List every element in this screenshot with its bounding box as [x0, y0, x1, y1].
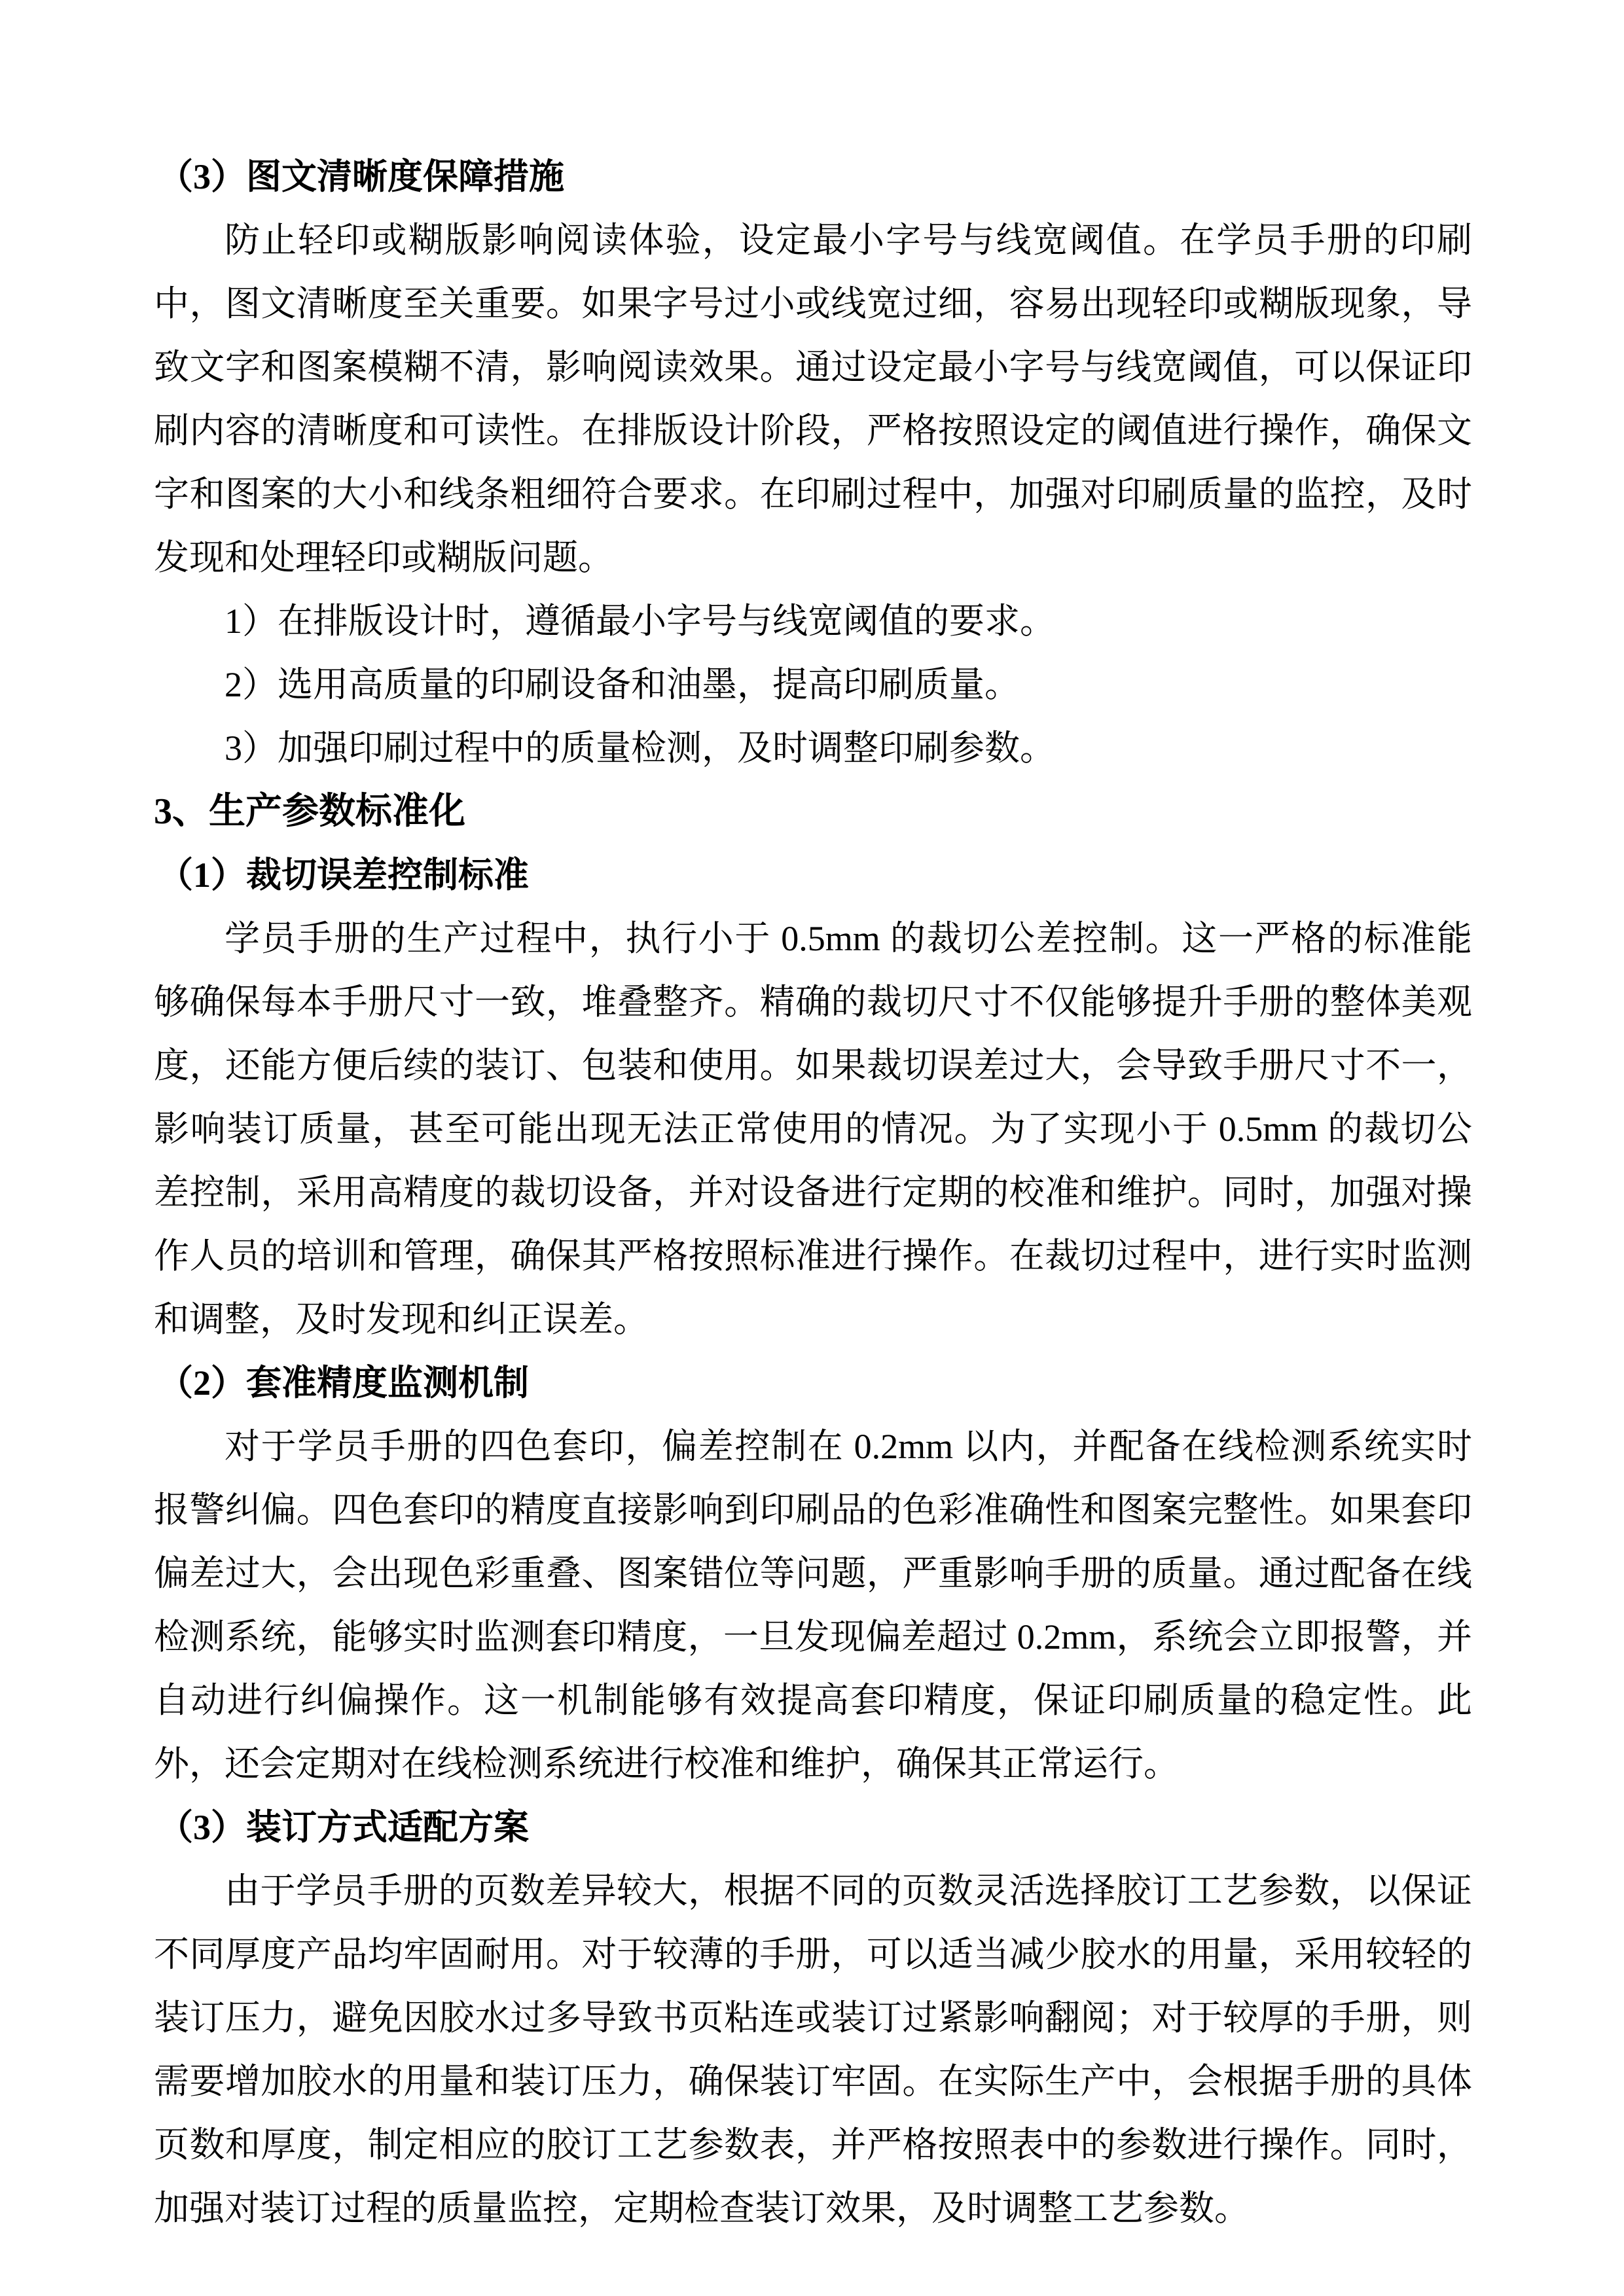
paragraph-registration-accuracy: 对于学员手册的四色套印，偏差控制在 0.2mm 以内，并配备在线检测系统实时报警… [154, 1415, 1472, 1796]
list-item-3: 3）加强印刷过程中的质量检测，及时调整印刷参数。 [154, 717, 1472, 780]
document-page: （3）图文清晰度保障措施 防止轻印或糊版影响阅读体验，设定最小字号与线宽阈值。在… [0, 0, 1624, 2296]
list-item-2: 2）选用高质量的印刷设备和油墨，提高印刷质量。 [154, 653, 1472, 717]
section-heading-image-text-clarity: （3）图文清晰度保障措施 [154, 145, 1472, 209]
document-content: （3）图文清晰度保障措施 防止轻印或糊版影响阅读体验，设定最小字号与线宽阈值。在… [154, 145, 1472, 2240]
list-item-1: 1）在排版设计时，遵循最小字号与线宽阈值的要求。 [154, 590, 1472, 653]
paragraph-clarity-measures: 防止轻印或糊版影响阅读体验，设定最小字号与线宽阈值。在学员手册的印刷中，图文清晰… [154, 209, 1472, 590]
section-heading-cutting-tolerance: （1）裁切误差控制标准 [154, 844, 1472, 907]
section-heading-registration-accuracy: （2）套准精度监测机制 [154, 1352, 1472, 1415]
paragraph-cutting-tolerance: 学员手册的生产过程中，执行小于 0.5mm 的裁切公差控制。这一严格的标准能够确… [154, 907, 1472, 1352]
section-heading-binding-method: （3）装订方式适配方案 [154, 1796, 1472, 1859]
section-heading-production-params: 3、生产参数标准化 [154, 780, 1472, 844]
paragraph-binding-method: 由于学员手册的页数差异较大，根据不同的页数灵活选择胶订工艺参数，以保证不同厚度产… [154, 1859, 1472, 2240]
